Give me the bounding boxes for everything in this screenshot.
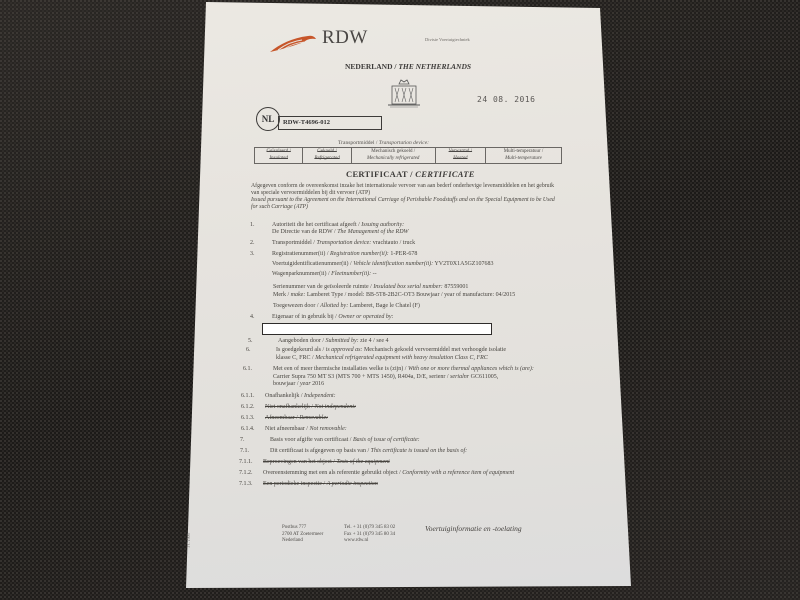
item-text: Afneembaar / Removable: bbox=[265, 415, 328, 421]
category-en: Multi-temperature bbox=[486, 156, 561, 163]
item-text: Wagenparknummer(ii) / Fleetnumber(ii): -… bbox=[272, 271, 377, 277]
item-label-en: Conformity with a reference item of equi… bbox=[402, 470, 514, 476]
item-label-en: Transportation device: bbox=[316, 240, 371, 246]
country-code-badge: NL bbox=[256, 107, 280, 131]
item-value: 2016 bbox=[312, 381, 324, 387]
side-form-code: 3 C 1906 bbox=[186, 533, 191, 548]
category-nl: Gekoeld / bbox=[317, 149, 337, 154]
item-label-nl: Dit certificaat is afgegeven op basis va… bbox=[270, 448, 369, 454]
country-nl: NEDERLAND / bbox=[345, 62, 396, 71]
item-label-en: is approved as: bbox=[326, 347, 363, 353]
item-number: 6.1.3. bbox=[241, 415, 255, 421]
item-text: Transportmiddel / Transportation device:… bbox=[272, 240, 415, 246]
website-link[interactable]: www.rdw.nl bbox=[344, 538, 395, 545]
certificate-document: RDW Divisie Voertuigtechniek NEDERLAND /… bbox=[0, 0, 800, 600]
item-label-en: Insulated box serial number: bbox=[373, 284, 443, 290]
category-nl: Geïsoleerd / bbox=[267, 149, 291, 154]
category-en: Heated bbox=[436, 156, 485, 163]
item-value: Lamberet, Bage le Chatel (F) bbox=[350, 303, 420, 309]
certificate-title: CERTIFICAAT / CERTIFICATE bbox=[346, 169, 475, 179]
item-value: 1-PER-678 bbox=[390, 251, 417, 257]
item-label-nl: Onafhankelijk / bbox=[265, 393, 303, 399]
item-text: Serienummer van de geïsoleerde ruimte / … bbox=[273, 284, 468, 290]
item-label-nl: Beproevingen van het object / bbox=[263, 459, 335, 465]
item-text: Beproevingen van het object / Tests of t… bbox=[263, 459, 390, 465]
certificate-intro: Afgegeven conform de overeenkomst inzake… bbox=[251, 183, 561, 211]
item-label-nl: Niet afneembaar / bbox=[265, 426, 308, 432]
item-label-en: This certificate is issued on the basis … bbox=[371, 448, 468, 454]
item-text: klasse C, FRC / Mechanical refrigerated … bbox=[276, 355, 488, 361]
item-value: 87559001 bbox=[444, 284, 468, 290]
item-label-en: year bbox=[300, 381, 311, 387]
item-value: zie 4 / see 4 bbox=[360, 338, 388, 344]
redacted-owner-field bbox=[262, 323, 492, 335]
item-label-en: Independent: bbox=[304, 393, 336, 399]
item-text: Aangeboden door / Submitted by: zie 4 / … bbox=[278, 338, 389, 344]
item-text: Overeenstemming met een als referentie g… bbox=[263, 470, 514, 476]
item-text: Merk / make: Lamberet Type / model: BB-5… bbox=[273, 292, 515, 298]
date-stamp: 24 08. 2016 bbox=[477, 95, 535, 104]
item-label-en: Mechanical refrigerated equipment with h… bbox=[315, 355, 488, 361]
category-en: Mechanically refrigerated bbox=[352, 156, 435, 163]
footer-contact: Tel. + 31 (0)79 345 83 02 Fax + 31 (0)79… bbox=[344, 525, 395, 545]
certificate-title-nl: CERTIFICAAT / bbox=[346, 169, 413, 179]
phone-number: Tel. + 31 (0)79 345 83 02 bbox=[344, 525, 395, 532]
item-text: Niet onafhankelijk / Not independent: bbox=[265, 404, 356, 410]
item-label-nl: Niet onafhankelijk / bbox=[265, 404, 313, 410]
transport-category-cell: Multi-temperatuur /Multi-temperature bbox=[486, 148, 561, 163]
item-label-en: Registration number(ii): bbox=[330, 251, 389, 257]
item-label-nl: Merk / bbox=[273, 292, 289, 298]
country-heading: NEDERLAND / THE NETHERLANDS bbox=[345, 62, 471, 71]
intro-en: Issued pursuant to the Agreement on the … bbox=[251, 197, 561, 211]
item-label-nl: Transportmiddel / bbox=[272, 240, 315, 246]
item-number: 7. bbox=[240, 437, 245, 443]
category-nl: Multi-temperatuur / bbox=[504, 149, 544, 154]
item-number: 2. bbox=[250, 240, 255, 246]
item-value: Mechanisch gekoeld vervoermiddel met ver… bbox=[364, 347, 506, 353]
certificate-title-en: CERTIFICATE bbox=[415, 169, 475, 179]
transport-device-table: Geïsoleerd /InsulatedGekoeld /Refrigerat… bbox=[254, 147, 562, 164]
item-value: GC611005, bbox=[471, 374, 499, 380]
item-text: Registratienummer(ii) / Registration num… bbox=[272, 251, 417, 257]
item-label-en: make: bbox=[291, 292, 306, 298]
item-value: YV2T0X1A5GZ107683 bbox=[434, 261, 493, 267]
item-text: Eigenaar of in gebruik bij / Owner or op… bbox=[272, 314, 394, 320]
item-number: 6. bbox=[246, 347, 251, 353]
department-name: Divisie Voertuigtechniek bbox=[425, 37, 470, 42]
item-label-nl: Toegewezen door / bbox=[273, 303, 319, 309]
footer-division: Voertuiginformatie en -toelating bbox=[425, 524, 522, 533]
item-label-nl: Voertuigidentificatienummer(ii) / bbox=[272, 261, 352, 267]
item-label-nl: De Directie van de RDW / bbox=[272, 229, 336, 235]
item-text: Dit certificaat is afgegeven op basis va… bbox=[270, 448, 467, 454]
item-label-nl: Serienummer van de geïsoleerde ruimte / bbox=[273, 284, 372, 290]
item-label-nl: klasse C, FRC / bbox=[276, 355, 314, 361]
item-label-en: Owner or operated by: bbox=[338, 314, 393, 320]
item-label-en: With one or more thermal appliances whic… bbox=[408, 366, 534, 372]
transport-category-cell: Verwarmd /Heated bbox=[436, 148, 486, 163]
transport-category-cell: Gekoeld /Refrigerated bbox=[303, 148, 351, 163]
item-number: 5. bbox=[248, 338, 253, 344]
item-label-en: Allotted by: bbox=[320, 303, 348, 309]
item-label-en: Not independent: bbox=[315, 404, 357, 410]
item-label-en: Issuing authority: bbox=[361, 222, 404, 228]
item-number: 7.1.1. bbox=[239, 459, 253, 465]
item-label-nl: Is goedgekeurd als / bbox=[276, 347, 324, 353]
item-value: Lamberet Type / model: BB-5T8-2B2C-OT3 B… bbox=[307, 292, 515, 298]
country-en: THE NETHERLANDS bbox=[398, 62, 471, 71]
item-text: Met een of meer thermische installaties … bbox=[273, 366, 534, 372]
item-number: 4. bbox=[250, 314, 255, 320]
item-label-nl: bouwjaar / bbox=[273, 381, 299, 387]
certificate-number: RDW-T4696-012 bbox=[278, 116, 382, 130]
category-en: Refrigerated bbox=[303, 156, 350, 163]
item-number: 3. bbox=[250, 251, 255, 257]
category-en: Insulated bbox=[255, 156, 302, 163]
item-text: Niet afneembaar / Not removable: bbox=[265, 426, 347, 432]
transport-category-cell: Geïsoleerd /Insulated bbox=[255, 148, 303, 163]
item-label-nl: Basis voor afgifte van certificaat / bbox=[270, 437, 351, 443]
item-label-en: Removable: bbox=[299, 415, 328, 421]
item-label-en: The Management of the RDW bbox=[337, 229, 408, 235]
transport-device-label: Transportmiddel / Transportation device: bbox=[338, 140, 429, 146]
item-number: 6.1.2. bbox=[241, 404, 255, 410]
category-nl: Verwarmd / bbox=[449, 149, 472, 154]
org-name: RDW bbox=[322, 27, 368, 49]
item-label-nl: Autoriteit die het certificaat afgeeft / bbox=[272, 222, 360, 228]
item-number: 7.1.2. bbox=[239, 470, 253, 476]
item-label-nl: Registratienummer(ii) / bbox=[272, 251, 328, 257]
item-label-nl: Met een of meer thermische installaties … bbox=[273, 366, 406, 372]
item-text: Een periodieke inspectie / A periodic in… bbox=[263, 481, 378, 487]
transport-label-nl: Transportmiddel / bbox=[338, 140, 377, 146]
item-label-nl: Eigenaar of in gebruik bij / bbox=[272, 314, 337, 320]
item-value: vrachtauto / truck bbox=[373, 240, 415, 246]
item-label-nl: Wagenparknummer(ii) / bbox=[272, 271, 330, 277]
item-label-nl: Een periodieke inspectie / bbox=[263, 481, 325, 487]
item-value: -- bbox=[373, 271, 377, 277]
rdw-logo-icon bbox=[268, 32, 318, 54]
item-label-nl: Afneembaar / bbox=[265, 415, 298, 421]
address-line: Nederland bbox=[282, 538, 323, 545]
item-text: Basis voor afgifte van certificaat / Bas… bbox=[270, 437, 420, 443]
footer-address: Postbus 777 2700 AT Zoetermeer Nederland bbox=[282, 525, 323, 545]
intro-nl: Afgegeven conform de overeenkomst inzake… bbox=[251, 183, 561, 197]
item-label-en: Tests of the equipment bbox=[336, 459, 389, 465]
item-label-nl: Carrier Supra 750 MT S3 (MTS 700 + MTS 1… bbox=[273, 374, 449, 380]
coat-of-arms-icon bbox=[384, 78, 424, 110]
item-text: De Directie van de RDW / The Management … bbox=[272, 229, 409, 235]
item-label-en: A periodic inspection bbox=[327, 481, 378, 487]
item-label-en: Submitted by: bbox=[326, 338, 359, 344]
category-nl: Mechanisch gekoeld / bbox=[371, 149, 415, 154]
item-label-en: Fleetnumber(ii): bbox=[331, 271, 371, 277]
item-label-en: Vehicle identification number(ii): bbox=[353, 261, 433, 267]
item-number: 6.1.1. bbox=[241, 393, 255, 399]
item-label-nl: Overeenstemming met een als referentie g… bbox=[263, 470, 401, 476]
item-text: Carrier Supra 750 MT S3 (MTS 700 + MTS 1… bbox=[273, 374, 498, 380]
item-text: Autoriteit die het certificaat afgeeft /… bbox=[272, 222, 404, 228]
item-number: 7.1. bbox=[240, 448, 249, 454]
item-label-en: Basis of issue of certificate: bbox=[353, 437, 420, 443]
item-text: Onafhankelijk / Independent: bbox=[265, 393, 336, 399]
item-text: Toegewezen door / Allotted by: Lamberet,… bbox=[273, 303, 420, 309]
item-number: 6.1. bbox=[243, 366, 252, 372]
transport-category-cell: Mechanisch gekoeld /Mechanically refrige… bbox=[352, 148, 436, 163]
item-number: 1. bbox=[250, 222, 255, 228]
item-text: Voertuigidentificatienummer(ii) / Vehicl… bbox=[272, 261, 493, 267]
transport-label-en: Transportation device: bbox=[379, 140, 429, 146]
item-text: Is goedgekeurd als / is approved as: Mec… bbox=[276, 347, 506, 353]
item-text: bouwjaar / year 2016 bbox=[273, 381, 324, 387]
item-label-nl: Aangeboden door / bbox=[278, 338, 324, 344]
item-number: 6.1.4. bbox=[241, 426, 255, 432]
item-label-en: Not removable: bbox=[309, 426, 346, 432]
item-label-en: serialnr bbox=[450, 374, 469, 380]
item-number: 7.1.3. bbox=[239, 481, 253, 487]
